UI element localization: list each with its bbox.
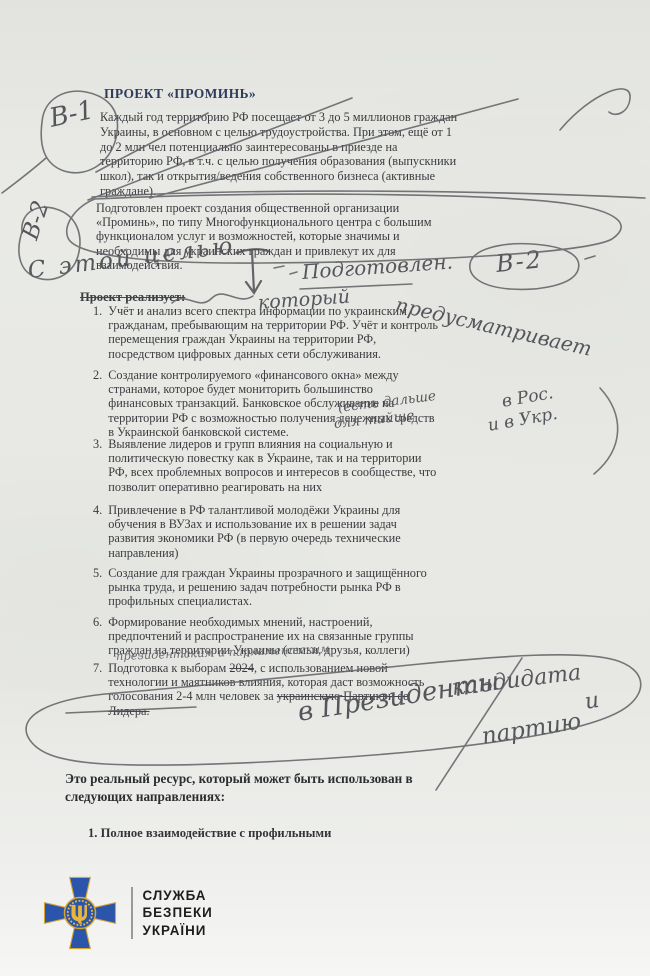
document-title: ПРОЕКТ «ПРОМИНЬ»: [104, 86, 256, 102]
logo-line-1: СЛУЖБА: [143, 887, 213, 904]
paragraph-line: Подготовлен проект создания общественной…: [96, 201, 431, 215]
struck-heading: Проект реализует:: [80, 290, 185, 305]
closing-list-item: 1. Полное взаимодействие с профильными: [88, 826, 331, 841]
logo-divider: [131, 887, 133, 939]
paragraph-line: Каждый год территорию РФ посещает от 3 д…: [100, 110, 457, 125]
logo-line-3: УКРАЇНИ: [143, 922, 213, 939]
dash-stroke: [290, 272, 297, 274]
logo-line-2: БЕЗПЕКИ: [143, 904, 213, 921]
paragraph-line: территорию РФ, в т.ч. с целью получения …: [100, 154, 457, 169]
handwritten-margin-ukr: и в Укр.: [486, 404, 559, 436]
paragraph-line: «Проминь», по типу Многофункционального …: [96, 215, 431, 229]
closing-statement: Это реальный ресурс, который может быть …: [65, 770, 413, 805]
sbu-logo: СЛУЖБА БЕЗПЕКИ УКРАЇНИ: [43, 876, 213, 950]
list-item-5: 5. Создание для граждан Украины прозрачн…: [93, 566, 427, 609]
margin-paren-stroke: [594, 388, 618, 474]
paragraph-intro: Каждый год территорию РФ посещает от 3 д…: [100, 110, 457, 199]
struck-leader-text: Лидера.: [108, 704, 149, 718]
handwritten-mark-b2-left: В-2: [18, 198, 55, 243]
dash-stroke: [585, 256, 595, 259]
logo-wordmark: СЛУЖБА БЕЗПЕКИ УКРАЇНИ: [143, 887, 213, 939]
struck-heading-text: Проект реализует:: [80, 290, 185, 304]
scanned-document-page: ПРОЕКТ «ПРОМИНЬ» Каждый год территорию Р…: [0, 0, 650, 976]
struck-year: 2024: [229, 661, 254, 675]
handwritten-partiyu: партию: [480, 708, 583, 749]
handwritten-mark-b2-right: В-2: [495, 245, 545, 278]
list-item-3: 3. Выявление лидеров и групп влияния на …: [93, 437, 436, 494]
handwritten-i: и: [583, 688, 601, 715]
list-item-4: 4. Привлечение в РФ талантливой молодёжи…: [93, 503, 401, 560]
paragraph-line: школ), так и открытия/ведения собственно…: [100, 169, 457, 184]
paragraph-line: до 2 млн чел потенциально заинтересованы…: [100, 140, 457, 155]
b1-circle-tail-stroke: [2, 158, 46, 193]
paragraph-line: функционалом услуг и возможностей, котор…: [96, 229, 431, 243]
paragraph-line: граждане).: [100, 184, 457, 199]
flourish-stroke: [560, 89, 630, 130]
handwritten-mark-b1: В-1: [47, 95, 97, 134]
paragraph-line: Украины, в основном с целью трудоустройс…: [100, 125, 457, 140]
sbu-cross-emblem-icon: [43, 876, 117, 950]
